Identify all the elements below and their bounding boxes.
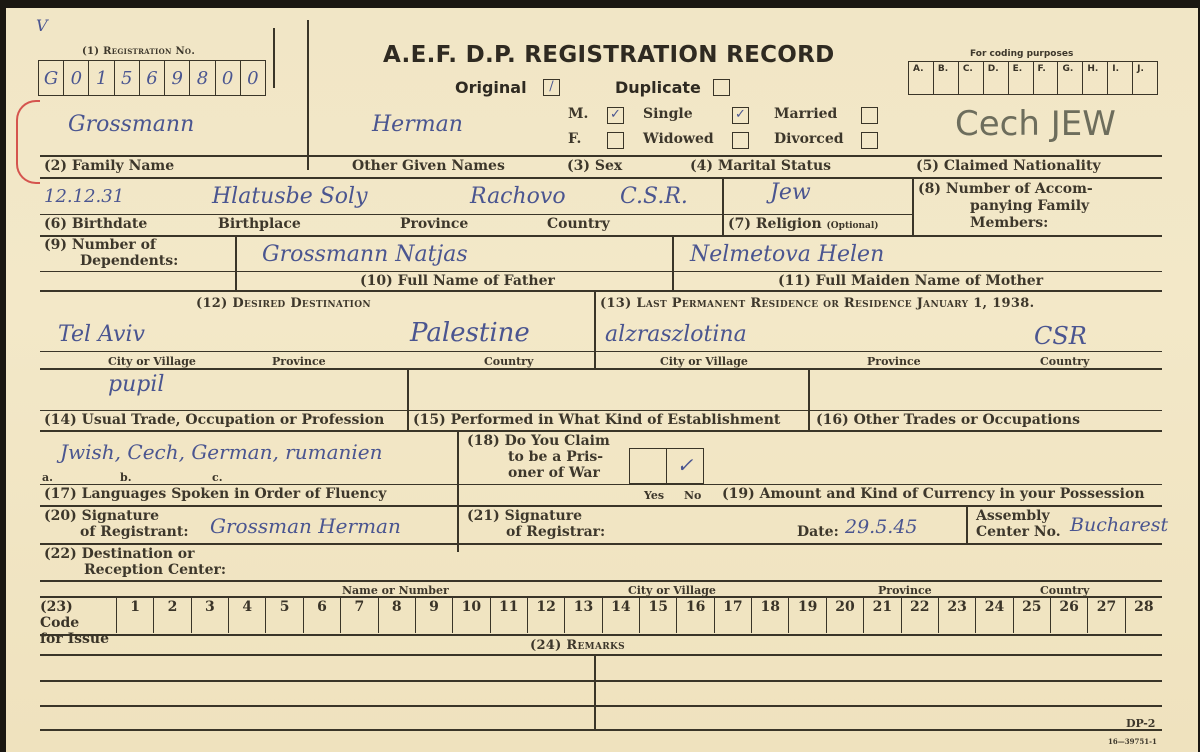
establishment-label: (15) Performed in What Kind of Establish… bbox=[413, 413, 780, 428]
issue-cell: 2 bbox=[154, 597, 191, 633]
nationality-annotation: Cech JEW bbox=[955, 104, 1116, 144]
divider bbox=[235, 235, 237, 290]
coding-cell: D. bbox=[984, 62, 1009, 94]
country-label: Country bbox=[547, 217, 610, 232]
birthplace-value[interactable]: Hlatusbe Soly bbox=[212, 184, 368, 209]
pow-yes-label: Yes bbox=[644, 488, 664, 503]
accompanying-label: Members: bbox=[970, 216, 1048, 231]
issue-cell: 10 bbox=[453, 597, 490, 633]
dest-country-label: Country bbox=[484, 354, 533, 369]
coding-cell: C. bbox=[959, 62, 984, 94]
reg-digit: 5 bbox=[115, 61, 140, 95]
reception-center-label: (22) Destination or bbox=[44, 547, 194, 562]
single-checkbox[interactable]: ✓ bbox=[732, 107, 749, 124]
languages-value[interactable]: Jwish, Cech, German, rumanien bbox=[60, 440, 383, 464]
trade-label: (14) Usual Trade, Occupation or Professi… bbox=[44, 413, 384, 428]
sex-m-checkbox[interactable]: ✓ bbox=[607, 107, 624, 124]
pow-no-label: No bbox=[684, 488, 701, 503]
res-province-label: Province bbox=[867, 354, 921, 369]
rule bbox=[40, 729, 1162, 731]
widowed-label: Widowed bbox=[643, 132, 714, 147]
issue-cell: 17 bbox=[715, 597, 752, 633]
pow-yes-checkbox[interactable] bbox=[629, 448, 667, 484]
nationality-label: (5) Claimed Nationality bbox=[916, 159, 1101, 174]
father-name-value[interactable]: Grossmann Natjas bbox=[262, 242, 468, 267]
residence-country-value[interactable]: CSR bbox=[1034, 322, 1087, 350]
divider bbox=[273, 28, 275, 88]
issue-cell: 6 bbox=[304, 597, 341, 633]
rule bbox=[40, 214, 912, 215]
divider bbox=[722, 177, 724, 237]
rule bbox=[40, 580, 1162, 582]
reg-digit: 9 bbox=[165, 61, 190, 95]
sex-label: (3) Sex bbox=[567, 159, 622, 174]
registrant-signature-value[interactable]: Grossman Herman bbox=[210, 514, 401, 538]
sex-m-label: M. bbox=[568, 107, 588, 122]
date-value[interactable]: 29.5.45 bbox=[845, 516, 918, 538]
issue-cell: 20 bbox=[827, 597, 864, 633]
coding-grid[interactable]: A. B. C. D. E. F. G. H. I. J. bbox=[908, 61, 1158, 95]
issue-cell: 5 bbox=[266, 597, 303, 633]
issue-cell: 28 bbox=[1126, 597, 1162, 633]
res-city-label: City or Village bbox=[660, 354, 748, 369]
registrar-signature-label: of Registrar: bbox=[506, 525, 605, 540]
dest-province-label: Province bbox=[272, 354, 326, 369]
issue-cell: 25 bbox=[1014, 597, 1051, 633]
family-name-value[interactable]: Grossmann bbox=[68, 112, 194, 137]
issue-cell: 19 bbox=[789, 597, 826, 633]
marital-status-label: (4) Marital Status bbox=[690, 159, 831, 174]
issue-cell: 22 bbox=[902, 597, 939, 633]
issue-cell: 18 bbox=[752, 597, 789, 633]
rule bbox=[40, 177, 1162, 179]
dependents-label: (9) Number of bbox=[44, 238, 156, 253]
trade-value[interactable]: pupil bbox=[108, 372, 164, 397]
issue-cell: 8 bbox=[379, 597, 416, 633]
registrant-signature-label: (20) Signature bbox=[44, 509, 159, 524]
original-label: Original bbox=[455, 78, 527, 97]
coding-cell: E. bbox=[1009, 62, 1034, 94]
accompanying-label: (8) Number of Accom- bbox=[918, 182, 1093, 197]
issue-cell: 13 bbox=[565, 597, 602, 633]
remarks-line[interactable] bbox=[40, 680, 1162, 682]
desired-destination-label: (12) Desired Destination bbox=[196, 296, 371, 311]
code-for-issue-grid[interactable]: (23) Codefor Issue 1 2 3 4 5 6 7 8 9 10 … bbox=[40, 597, 1162, 633]
pow-label: oner of War bbox=[508, 466, 600, 481]
rule bbox=[40, 271, 1162, 272]
rule bbox=[40, 155, 1162, 157]
divider bbox=[594, 290, 596, 368]
languages-label: (17) Languages Spoken in Order of Fluenc… bbox=[44, 487, 386, 502]
issue-cell: 4 bbox=[229, 597, 266, 633]
rule bbox=[40, 543, 1162, 545]
duplicate-checkbox[interactable] bbox=[713, 79, 730, 96]
registration-number-label: (1) Registration No. bbox=[82, 44, 195, 59]
rule bbox=[40, 351, 1162, 352]
assembly-center-label: Assembly bbox=[976, 509, 1050, 524]
divider bbox=[594, 655, 596, 729]
destination-city-value[interactable]: Tel Aviv bbox=[58, 322, 145, 347]
mother-name-value[interactable]: Nelmetova Helen bbox=[690, 242, 884, 267]
married-label: Married bbox=[774, 107, 837, 122]
coding-cell: G. bbox=[1058, 62, 1083, 94]
coding-cell: F. bbox=[1034, 62, 1059, 94]
issue-cell: 26 bbox=[1051, 597, 1088, 633]
sex-f-checkbox[interactable] bbox=[607, 132, 624, 149]
red-bracket-annotation bbox=[16, 100, 40, 184]
coding-cell: B. bbox=[934, 62, 959, 94]
issue-cell: 3 bbox=[192, 597, 229, 633]
remarks-label: (24) Remarks bbox=[530, 638, 625, 653]
issue-cell: 23 bbox=[939, 597, 976, 633]
divider bbox=[966, 505, 968, 543]
reg-digit: 1 bbox=[89, 61, 114, 95]
coding-cell: H. bbox=[1083, 62, 1108, 94]
check-mark-annotation: V bbox=[36, 16, 48, 35]
reception-center-label: Reception Center: bbox=[84, 563, 226, 578]
assembly-center-label: Center No. bbox=[976, 525, 1061, 540]
last-residence-label: (13) Last Permanent Residence or Residen… bbox=[600, 296, 1034, 311]
reg-digit: 8 bbox=[190, 61, 215, 95]
original-checkbox[interactable]: / bbox=[543, 79, 560, 96]
issue-cell: 11 bbox=[491, 597, 528, 633]
family-name-label: (2) Family Name bbox=[44, 159, 174, 174]
divider bbox=[407, 368, 409, 430]
birthdate-value[interactable]: 12.12.31 bbox=[44, 186, 124, 207]
sex-f-label: F. bbox=[568, 132, 581, 147]
issue-cell: 1 bbox=[117, 597, 154, 633]
religion-label: (7) Religion (Optional) bbox=[728, 217, 879, 234]
rule bbox=[40, 368, 1162, 370]
accompanying-label: panying Family bbox=[970, 199, 1089, 214]
issue-cell: 21 bbox=[864, 597, 901, 633]
given-names-label: Other Given Names bbox=[352, 159, 505, 174]
pow-label: (18) Do You Claim bbox=[467, 434, 610, 449]
birthdate-label: (6) Birthdate bbox=[44, 217, 147, 232]
father-name-label: (10) Full Name of Father bbox=[360, 274, 555, 289]
dest-city-label: City or Village bbox=[108, 354, 196, 369]
destination-country-value[interactable]: Palestine bbox=[410, 318, 530, 348]
divider bbox=[808, 368, 810, 430]
divorced-checkbox[interactable] bbox=[861, 132, 878, 149]
divider bbox=[672, 235, 674, 290]
form-title: A.E.F. D.P. REGISTRATION RECORD bbox=[383, 42, 835, 68]
issue-cell: 16 bbox=[677, 597, 714, 633]
coding-cell: A. bbox=[909, 62, 934, 94]
province-label: Province bbox=[400, 217, 468, 232]
currency-label: (19) Amount and Kind of Currency in your… bbox=[722, 487, 1145, 502]
province-value[interactable]: Rachovo bbox=[470, 184, 566, 209]
reg-digit: G bbox=[39, 61, 64, 95]
duplicate-label: Duplicate bbox=[615, 78, 701, 97]
country-value[interactable]: C.S.R. bbox=[620, 184, 688, 209]
coding-cell: I. bbox=[1108, 62, 1133, 94]
issue-cell: 27 bbox=[1088, 597, 1125, 633]
registration-number-field[interactable]: G 0 1 5 6 9 8 0 0 bbox=[38, 60, 266, 96]
lang-b-marker: b. bbox=[120, 470, 132, 485]
rule bbox=[40, 654, 1162, 656]
birthplace-label: Birthplace bbox=[218, 217, 301, 232]
reg-digit: 0 bbox=[241, 61, 265, 95]
reg-digit: 0 bbox=[64, 61, 89, 95]
issue-cell: 24 bbox=[976, 597, 1013, 633]
print-code: 16—39751-1 bbox=[1108, 734, 1157, 749]
mother-name-label: (11) Full Maiden Name of Mother bbox=[778, 274, 1043, 289]
rule bbox=[40, 505, 1162, 507]
widowed-checkbox[interactable] bbox=[732, 132, 749, 149]
registrar-signature-label: (21) Signature bbox=[467, 509, 582, 524]
single-label: Single bbox=[643, 107, 693, 122]
other-trades-label: (16) Other Trades or Occupations bbox=[816, 413, 1080, 428]
remarks-line[interactable] bbox=[40, 705, 1162, 707]
pow-label: to be a Pris- bbox=[508, 450, 603, 465]
issue-cell: 14 bbox=[603, 597, 640, 633]
issue-cell: 9 bbox=[416, 597, 453, 633]
code-for-issue-label: (23) Codefor Issue bbox=[40, 597, 117, 633]
date-label: Date: bbox=[797, 525, 839, 540]
religion-value[interactable]: Jew bbox=[770, 180, 811, 205]
rule bbox=[40, 235, 1162, 237]
given-names-value[interactable]: Herman bbox=[372, 112, 463, 137]
divider bbox=[307, 20, 309, 170]
divorced-label: Divorced bbox=[774, 132, 844, 147]
lang-c-marker: c. bbox=[212, 470, 223, 485]
pow-no-checkbox[interactable]: ✓ bbox=[666, 448, 704, 484]
res-country-label: Country bbox=[1040, 354, 1089, 369]
dependents-label: Dependents: bbox=[80, 254, 178, 269]
issue-cell: 12 bbox=[528, 597, 565, 633]
coding-label: For coding purposes bbox=[970, 47, 1073, 62]
rule bbox=[40, 430, 1162, 432]
rule bbox=[40, 484, 1162, 485]
reg-digit: 0 bbox=[216, 61, 241, 95]
divider bbox=[912, 177, 914, 237]
rule bbox=[40, 410, 1162, 411]
reg-digit: 6 bbox=[140, 61, 165, 95]
issue-cell: 15 bbox=[640, 597, 677, 633]
assembly-center-value[interactable]: Bucharest bbox=[1070, 514, 1168, 536]
divider bbox=[457, 430, 459, 552]
rule bbox=[40, 634, 1162, 636]
coding-cell: J. bbox=[1133, 62, 1157, 94]
issue-cell: 7 bbox=[341, 597, 378, 633]
registrant-signature-label: of Registrant: bbox=[80, 525, 189, 540]
lang-a-marker: a. bbox=[42, 470, 53, 485]
rule bbox=[40, 290, 1162, 292]
married-checkbox[interactable] bbox=[861, 107, 878, 124]
residence-city-value[interactable]: alzraszlotina bbox=[605, 322, 747, 347]
